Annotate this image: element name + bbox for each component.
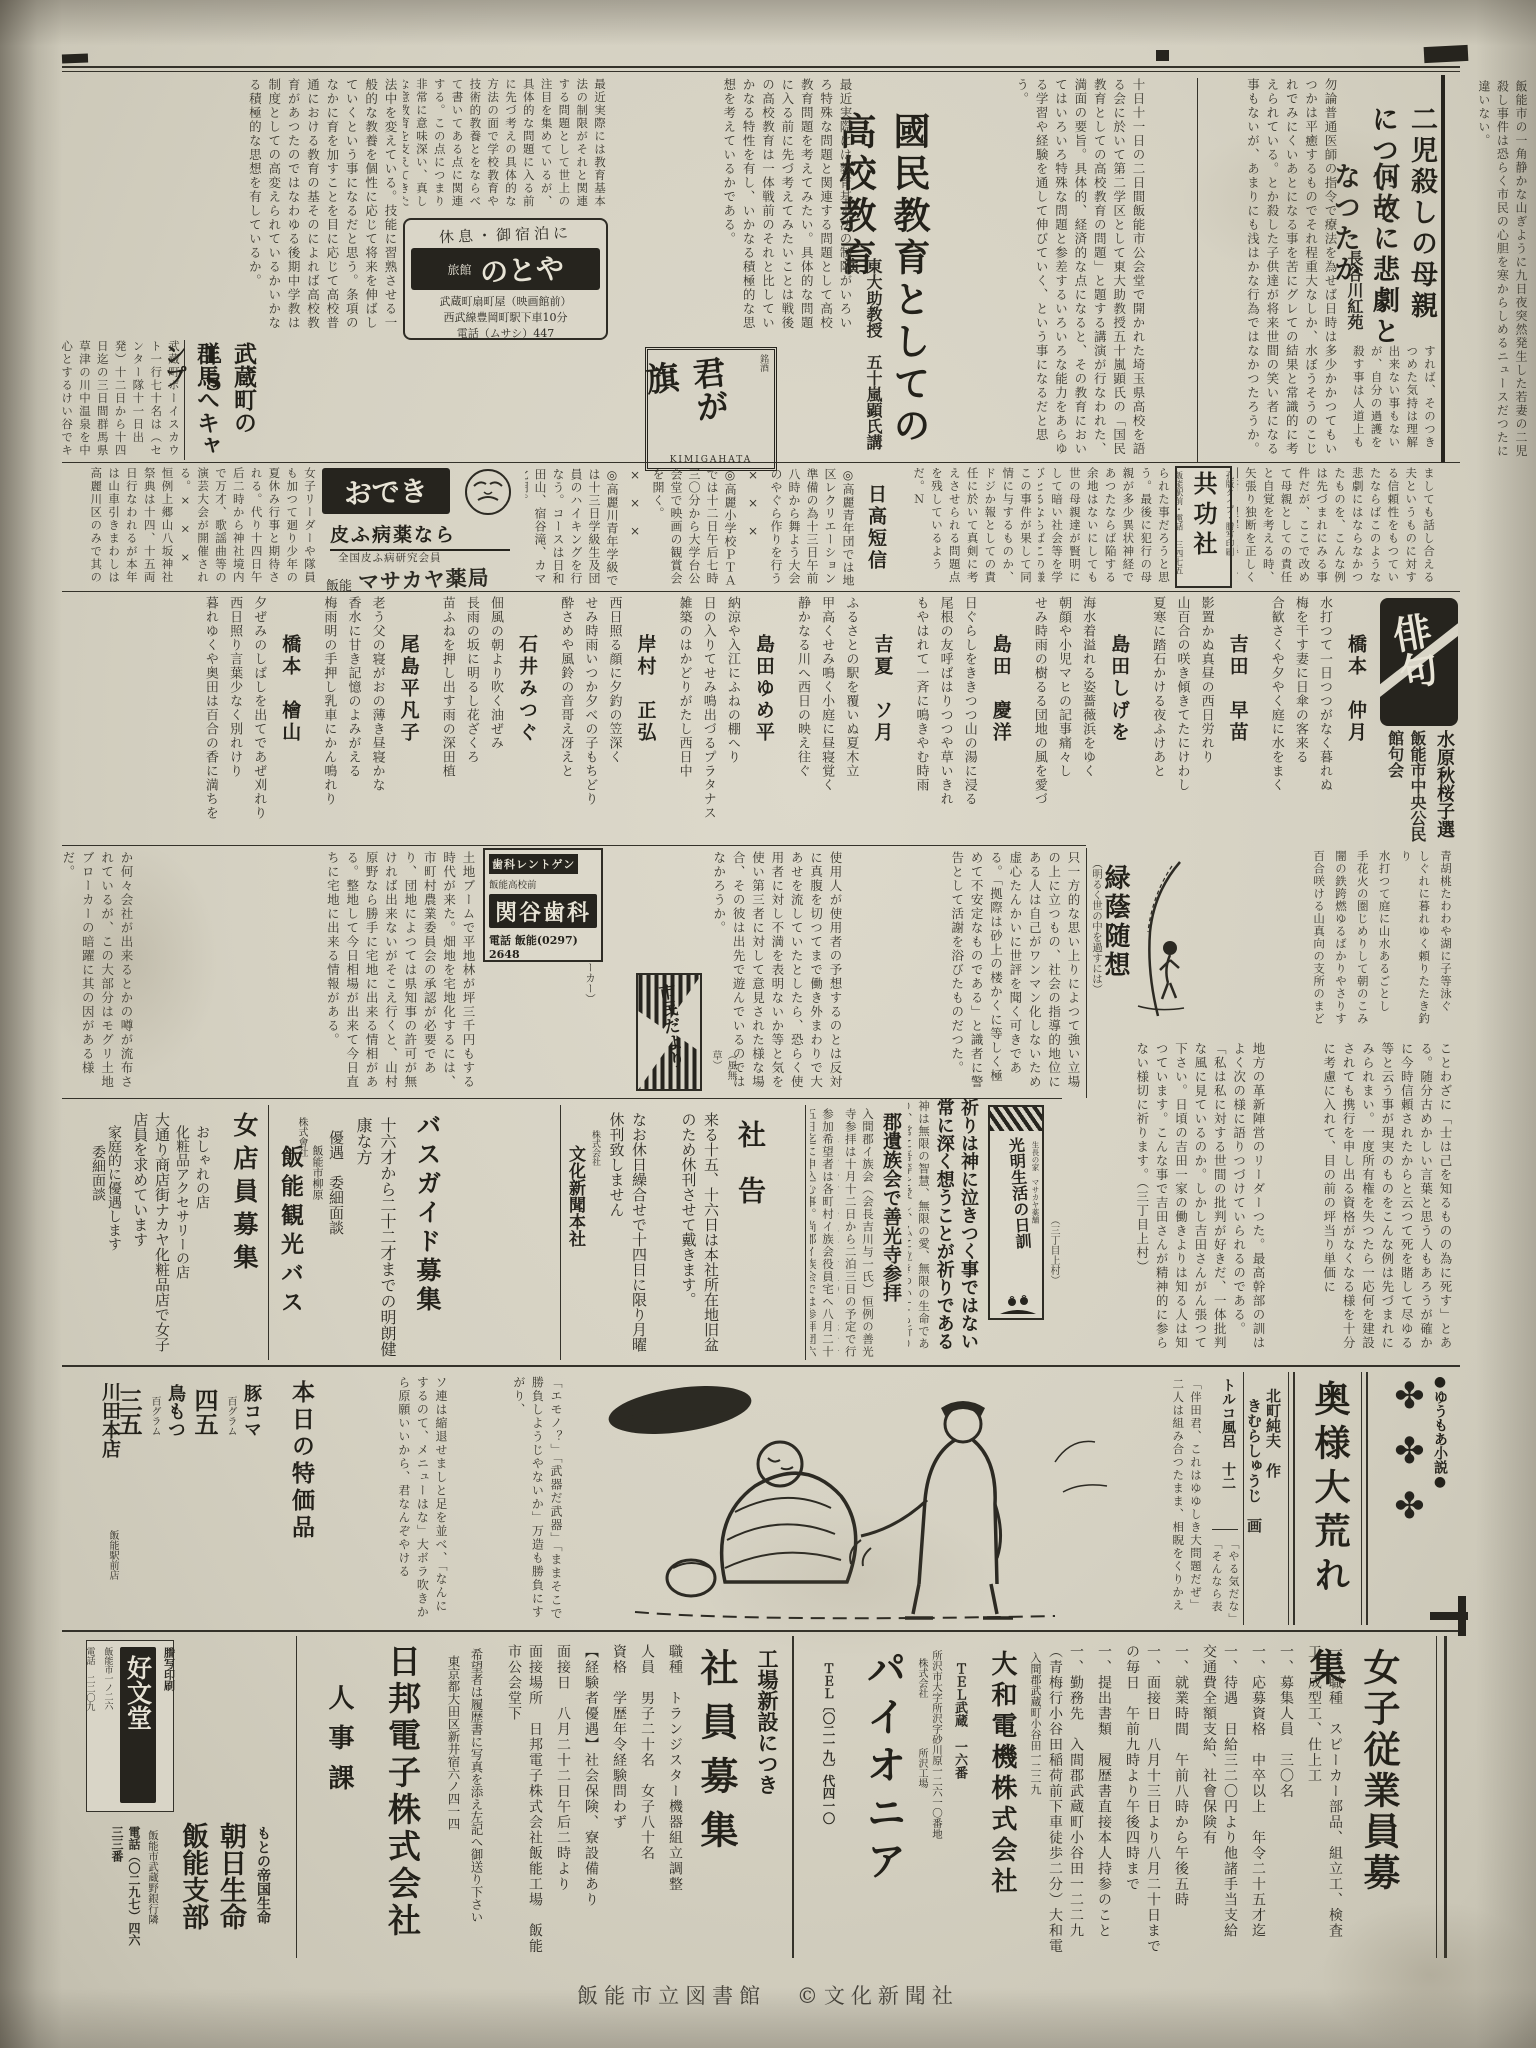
odeki-title: おでき — [343, 470, 428, 513]
footer-library-name: 飯能市立図書館 — [577, 1984, 766, 2008]
yamato-company1: 大和電機株式会社 — [975, 1650, 1021, 1945]
notoya-prefix: 旅館 — [447, 261, 471, 278]
shakoku-signer: 文化新聞本社 — [566, 1145, 588, 1320]
nakaya-line4: 家庭的に優遇します — [109, 1125, 124, 1325]
hidaka-news-item: ◎高麗小学校ＰＴＡでは十二日午后七時三〇分から大学台公会堂で映画の観賞会を開く。 — [649, 468, 739, 588]
tokka-shop: 川田本店 — [97, 1382, 124, 1527]
busguide-line3: 飯能市柳原 — [312, 1145, 325, 1255]
novel-title-rule-r2 — [1361, 1372, 1362, 1625]
novel-title: 奥様大荒れ — [1300, 1380, 1356, 1625]
nippo-title2: 社員募集 — [688, 1648, 744, 1943]
sekiya-phone: 電話 飯能(0297) 2648 — [489, 932, 597, 961]
band-d-rule-2 — [560, 1105, 561, 1360]
ryokuin-essay-columns-2: 地方の革新陣営のリーダーつた。最高幹部の訓はよく次の様に語りつづけていられるので… — [1090, 1042, 1268, 1357]
haiku-extra-poem: 闇の鉄跨燃ゆるばかりやさりす — [1331, 850, 1349, 1032]
izoku-headline: 郡遺族会で善光寺参拝 — [878, 1112, 905, 1317]
komyo-hatch-band — [990, 1107, 1042, 1131]
yamato-detail-item: 一、待遇 日給三二〇円より他諸手当支給 交通費全額支給、社會保険有 — [1198, 1644, 1240, 1954]
haiku-poem: せみ時雨いつか夕べの子もちどり — [579, 596, 599, 845]
notoya-access: 西武線豊岡町駅下車10分 — [405, 309, 606, 325]
nippo-dept: 人事課 — [314, 1684, 358, 1829]
top-mark-center — [1156, 50, 1169, 61]
busguide-title: バスガイド募集 — [403, 1112, 445, 1362]
kyokosha-line2: 飯能駅前・電話 三四七五 — [1172, 471, 1184, 583]
tokka-ad: 本日の特価品 豚コマ 百グラム 四五 鳥もつ 百グラム 三五 川田本店 飯能駅前… — [95, 1372, 330, 1625]
busguide-ad: バスガイド募集 十六才から二十二才までの明朗健康な方 優遇 委細面談 飯能市柳原… — [272, 1105, 555, 1360]
nippo-detail-item: 【経験者優遇】社会保険、寮設備あり — [580, 1644, 601, 1954]
haiku-poem: 尾根の友呼ばはりつつや草いきれ — [934, 596, 954, 845]
haiku-poem: 酔さめや風鈴の音哥え冴えと — [555, 596, 575, 845]
editorial-bottom-columns: すれば、そのつきつめた気持は理解出来ない事もないが、自分の過護を殺す事は人道上も… — [1348, 345, 1438, 460]
hidaka-news-item: × × × — [744, 468, 762, 588]
haiku-extra-poem: 青胡桃たわわや湖に子等泳ぐ — [1436, 850, 1454, 1032]
novel-columns-1: 「伴田君、これはゆゆしき大問題だぜ」二人は組み合つたまま、相睨をくりかえしていた… — [1168, 1378, 1204, 1624]
editorial-author: 長谷川紅苑 — [1344, 250, 1366, 350]
haiku-poem: 日の入りてせみ鳴出づるプラタナス — [698, 596, 718, 845]
haiku-poem: 山百合の咲き傾きてたにけわし — [1171, 596, 1191, 845]
education-headline: 國民教育としての高校教育 — [888, 112, 936, 462]
tokka-item1-qty: 百グラム — [225, 1396, 238, 1476]
haiku-poem: 合歓さくや夕やく庭に水をまく — [1266, 596, 1286, 845]
shimin-dayori-logo: 市民だより — [636, 973, 702, 1091]
haiku-logo-box: 俳句 — [1380, 598, 1458, 726]
nippo-addr: 東京都大田区新井宿六ノ四一四 — [446, 1655, 462, 1920]
haiku-logo-text: 俳句 — [1393, 609, 1450, 718]
busguide-company: 飯能観光バス — [273, 1145, 307, 1360]
sekiya-name-band: 関谷歯科 — [489, 894, 597, 928]
tokka-branch: 飯能駅前店 — [107, 1530, 120, 1622]
haiku-poem: 夕ぜみのしばしを出てであぜ刈れり — [248, 596, 268, 845]
footer-copyright: ©文化新聞社 — [797, 1984, 959, 2008]
haiku-poem: 日ぐらしをききつつ山の湯に浸る — [959, 596, 979, 845]
haiku-poem: 雑築のはかどりがたし西日中 — [673, 596, 693, 845]
footer-caption: 飯能市立図書館 ©文化新聞社 — [0, 1980, 1536, 2010]
yamato-detail-item: 一、就業時間 午前八時から午後五時 — [1170, 1644, 1191, 1954]
kimigahata-brand-name: 君が旗 — [685, 354, 739, 454]
busguide-line1: 十六才から二十二才までの明朗健康な方 — [351, 1117, 399, 1357]
tokka-item2-qty: 百グラム — [149, 1396, 162, 1476]
haiku-poet-name: 吉田 早苗 — [1225, 596, 1252, 845]
asahi-life-ad: もとの帝国生命 朝日生命飯能支部 飯能市武蔵野銀行隣 電話（〇二九七）四六三三番 — [86, 1818, 301, 1958]
izoku-columns-1: 入間郡イ族会（会長吉川与一氏）恒例の善光寺参拝は十月十二日から二泊三日の予定で行… — [838, 1108, 876, 1358]
ryokuin-figure-illustration — [1130, 856, 1192, 1022]
novel-title-rule-r1 — [1366, 1372, 1368, 1625]
band-b2-bottom-rule — [62, 845, 1086, 846]
asahi-line1: もとの帝国生命 — [254, 1826, 273, 1951]
education-article-left-columns: 最近実際には教育基本法の制限がいろいろ特殊な問題と関連する問題として高校教育問題… — [622, 78, 855, 340]
haiku-club: 飯能市中央公民館句会 — [1382, 730, 1428, 842]
editorial-headline-line1: 二児殺しの母親について — [1405, 105, 1441, 337]
editorial-closing-columns-3: ましても話し合える夫というものに対する信頼性をもつていたならばこのような悲劇には… — [1237, 467, 1437, 587]
editorial-headline-line2: 何故に悲劇となつたか — [1370, 162, 1403, 372]
yamato-details-list: 一、職種 スピーカー部品、組立工、検査工、成型工、仕上工一、募集人員 三〇名一、… — [1048, 1644, 1345, 1954]
novel-chapter: トルコ風呂 十二 — [1212, 1378, 1238, 1530]
haiku-poet-group: 橋本 仲月 水打つて一日つつがなく暮れぬ 梅を干す妻に日傘の客来る 合歓さくや夕… — [1266, 596, 1370, 845]
komyo-signature: （三丁目上村） — [1048, 1215, 1061, 1327]
haiku-poem: 暮れゆくや奥田は百合の香に満ちを — [200, 596, 220, 845]
haiku-poet-group: 吉夏 ソ月 ふるさとの駅を覆いぬ夏木立 甲高くせみ鳴く小庭に昼寝覚く 静かなる川… — [792, 596, 896, 845]
haiku-poets-columns: 橋本 仲月 水打つて一日つつがなく暮れぬ 梅を干す妻に日傘の客来る 合歓さくや夕… — [68, 596, 1375, 845]
nippo-detail-item: 資格 学歴年令経験問わず — [608, 1644, 629, 1954]
inori-bold-text: 祈りは神に泣きつく事ではない常に深く想うことが祈りである — [933, 1098, 980, 1358]
yamato-tel1: ＴＥＬ武蔵 一六番 — [950, 1662, 969, 1847]
top-rule-1 — [62, 66, 1460, 68]
kimigahata-ad: 銘酒 君が旗 KIMIGAHATA — [645, 347, 777, 471]
yamato-detail-item: 一、職種 スピーカー部品、組立工、検査工、成型工、仕上工 — [1303, 1644, 1345, 1954]
haiku-poem: 水打つて一日つつがなく暮れぬ — [1314, 596, 1334, 845]
novel-title-rule-l1 — [1293, 1372, 1295, 1625]
komyo-ad: 光明生活の日訓 生長の家 マサカヤ薬舗 — [988, 1105, 1044, 1320]
asahi-name: 朝日生命飯能支部 — [167, 1822, 249, 1954]
haiku-poem: 甲高くせみ鳴く小庭に昼寝覚く — [816, 596, 836, 845]
kobundo-ad: 謄写印刷 好文堂 飯能市一ノ二六 電話 二二〇九 — [86, 1640, 174, 1812]
haiku-poem: 影置かぬ真昼の西日労れり — [1195, 596, 1215, 845]
novel-cartoon-illustration — [575, 1372, 1125, 1624]
haiku-poet-group: 尾島平凡子 老う父の寝がおの薄き昼寝かな 香水に甘き記憶のよみがえる 梅雨明の手… — [318, 596, 422, 845]
haiku-poet-name: 石井みつぐ — [514, 596, 541, 845]
novel-author: 北町純夫 作 — [1266, 1388, 1284, 1573]
kyokosha-ad: 孔版タイプ・謄写印刷 共功社 飯能駅前・電話 三四七五 — [1175, 466, 1232, 588]
haiku-poet-name: 島田ゆめ平 — [751, 596, 778, 845]
tokka-item2-name: 鳥もつ — [164, 1384, 188, 1494]
nippo-details-list: 職種 トランジスター機器組立調整人員 男子二十名 女子八十名資格 学歴年令経験問… — [490, 1644, 685, 1954]
haiku-poem: 佃風の朝より吹く油ぜみ — [485, 596, 505, 845]
haiku-poem: 海水着溢れる姿薔薇浜をゆく — [1077, 596, 1097, 845]
shakoku-line2: なお休日繰合せで十四日に限り月曜休刊致しません — [606, 1112, 650, 1360]
pioneer-company2: パイオニア — [850, 1648, 912, 1948]
ryokuin-left-rule — [1086, 848, 1087, 1098]
nakaya-line5: 委細面談 — [94, 1145, 108, 1275]
notoya-tagline: 休息・御宿泊に — [405, 217, 607, 249]
band-e-bottom-rule — [62, 1630, 1460, 1632]
novel-columns-2: 「やる気だな」「そんなら表へ出やがれ」「ああそう」「どこは表もウラもないんだ」 — [1208, 1538, 1242, 1624]
novel-title-rule-l2 — [1288, 1372, 1289, 1625]
editorial-left-columns: 勿論普通医師の指令で療法を為せば日時は多少かかつてもいつかは平癒するものでそれ程… — [1200, 78, 1340, 460]
yamato-right-rule-2 — [1436, 1636, 1437, 1958]
haiku-poet-group: 橋本 檜山 夕ぜみのしばしを出てであぜ刈れり 西日照り言葉少なく別れけり 暮れゆ… — [200, 596, 304, 845]
haiku-poet-group: 吉田 早苗 影置かぬ真昼の西日労れり 山百合の咲き傾きてたにけわし 夏寒に踏石か… — [1147, 596, 1251, 845]
camp-article-columns: 武蔵町ボーイスカウト一行七十名は（センター隊十一日出発）十二日から十四日迄の三日… — [62, 340, 182, 460]
odeki-title-box: おでき — [322, 468, 450, 514]
kobundo-line1: 謄写印刷 — [161, 1647, 177, 1802]
haiku-poet-name: 尾島平凡子 — [396, 596, 423, 845]
grumpy-face-icon — [460, 466, 516, 518]
haiku-poem: 梅を干す妻に日傘の客来る — [1290, 596, 1310, 845]
shakoku-announcement: 社 告 来る十五、十六日は本社所在地旧盆のため休刊させて戴きます。 なお休日繰合… — [565, 1105, 800, 1360]
haiku-poet-name: 岸村 正弘 — [632, 596, 659, 845]
pioneer-tel2: ＴＥＬ〔〇二一九〕代四一〇 — [820, 1662, 837, 1887]
hidaka-news-item: × × × — [626, 468, 644, 588]
haiku-poem: 納涼や入江にふねの棚へり — [722, 596, 742, 845]
nakaya-recruit-ad: 女店員募集 おしゃれの店 化粧品アクセサリーの店 大通り商店街ナカヤ化粧品店で女… — [95, 1105, 262, 1360]
shakoku-signer-prefix: 株式会社 — [590, 1130, 602, 1185]
nakaya-title: 女店員募集 — [218, 1112, 262, 1360]
haiku-poem: ふるさとの駅を覆いぬ夏木立 — [840, 596, 860, 845]
kobundo-line3: 電話 二二〇九 — [84, 1647, 97, 1802]
pioneer-addr2: 所沢市大字所沢字砂川原一二六一〇番地 — [932, 1650, 945, 1950]
yamato-detail-item: 一、面接日 八月十三日より八月二十日までの毎日 午前九時より午後四時まで — [1121, 1644, 1163, 1954]
pioneer-company2b: 所沢工場 — [916, 1748, 929, 1833]
nippo-detail-item: 面接場所 日邦電子株式会社飯能工場 飯能市公会堂下 — [503, 1644, 545, 1954]
yamato-title: 女子従業員募集 — [1352, 1648, 1406, 1904]
yamato-detail-item: 一、勤務先 入間郡武蔵町小谷田一二二九（青梅行小谷田稲荷前下車徒歩二分）大和電機… — [1048, 1644, 1086, 1954]
hidaka-headline: 日高短信 — [862, 484, 890, 576]
tokka-item1-price: 四五 — [192, 1388, 222, 1458]
novel-artist: きむらしゅうじ 画 — [1248, 1398, 1265, 1598]
haiku-poem: 梅雨明の手押し乳車にかん鳴れり — [318, 596, 338, 845]
komyo-sub: 生長の家 マサカヤ薬舗 — [1032, 1141, 1041, 1291]
haiku-poem: 夏寒に踏石かける夜ふけあと — [1147, 596, 1167, 845]
haiku-poet-group: 島田ゆめ平 納涼や入江にふねの棚へり 日の入りてせみ鳴出づるプラタナス 雑築のは… — [673, 596, 777, 845]
novel-columns-4: ソ連は縮退せましと足を並べ、「なんにするのて、メニューはな」大ボラ吹きから原願い… — [340, 1376, 450, 1622]
haiku-poem: 老う父の寝がおの薄き昼寝かな — [366, 596, 386, 845]
nakaya-line1: おしゃれの店 — [195, 1125, 212, 1275]
band-c-bottom-rule — [62, 1098, 1062, 1099]
sekiya-line2: 飯能高校前 — [489, 877, 597, 891]
yamato-addr1: 入間郡武蔵町小谷田一二二九 — [1028, 1652, 1043, 1887]
sekiya-dental-ad: 歯科レントゲン 飯能高校前 関谷歯科 電話 飯能(0297) 2648 — [483, 848, 603, 962]
haiku-poet-group: 石井みつぐ 佃風の朝より吹く油ぜみ 長雨の坂に明るし花ざくろ 苗ふねを押し出す雨… — [437, 596, 541, 845]
editorial-closing-columns: この事件が果して同情に与するものか、ドジか報としての責任に於いて真剣に考えさせら… — [892, 467, 1034, 587]
kimigahata-small-label: 銘酒 — [758, 354, 770, 394]
editorial-box-left-rule — [1197, 78, 1198, 462]
top-rule-2 — [62, 71, 1460, 72]
band-f-rule-1 — [792, 1636, 794, 1958]
novel-ornament: ✤✤✤ — [1392, 1376, 1430, 1586]
nippo-company: 日邦電子株式会社 — [368, 1644, 426, 1956]
komyo-birds-icon — [998, 1294, 1038, 1316]
haiku-poet-name: 橋本 檜山 — [277, 596, 304, 845]
editorial-box-bar — [1441, 75, 1445, 463]
haiku-poem: 長雨の坂に明るし花ざくろ — [461, 596, 481, 845]
yamato-detail-item: 一、応募資格 中卒以上 年令二十五才迄 — [1247, 1644, 1268, 1954]
nakaya-line2: 化粧品アクセサリーの店 — [175, 1125, 192, 1315]
top-mark-left — [62, 54, 88, 64]
notoya-ad: 休息・御宿泊に 旅館 のとや 武蔵町扇町屋（映画館前） 西武線豊岡町駅下車10分… — [403, 218, 608, 340]
nakaya-line3: 大通り商店街ナカヤ化粧品店で女子店員を求めています — [128, 1112, 172, 1362]
haiku-poet-group: 島田しげを 海水着溢れる姿薔薇浜をゆく 朝顔や小児マヒの記事痛々し せみ時雨の樹… — [1029, 596, 1133, 845]
education-article-right-columns: 十日十一日の二日間飯能市公会堂で開かれた埼玉県高校を語る会に於いて第二学区として… — [940, 78, 1148, 460]
shakoku-title: 社 告 — [730, 1120, 770, 1235]
novel-series-label: ●ゆうもあ小説● — [1432, 1374, 1450, 1574]
notoya-phone: 電話（ムサシ）447 — [405, 325, 606, 341]
yamato-detail-item: 一、提出書類 履歴書直接本人持参のこと — [1093, 1644, 1114, 1954]
haiku-poem: せみ時雨の樹るる団地の風を愛づ — [1029, 596, 1049, 845]
novel-credits-rule — [1243, 1372, 1244, 1625]
haiku-poet-group: 島田 慶洋 日ぐらしをききつつ山の湯に浸る 尾根の友呼ばはりつつや草いきれ もや… — [910, 596, 1014, 845]
haiku-poet-name: 島田しげを — [1106, 596, 1133, 845]
hidaka-news-item: ◎高麗青年団では地区レクリエーション準備の為十三日午前八時から舞よう大会のやぐら… — [767, 468, 857, 588]
kimigahata-romaji: KIMIGAHATA — [648, 455, 774, 465]
sekiya-name: 関谷歯科 — [495, 896, 591, 927]
shimin-signature: （風無草） — [724, 1050, 738, 1092]
shimin-essay-columns-1: 只一方的な思い上りによつて強い立場の上に立つもの、社会の指導的地位にある人は自己… — [850, 851, 1083, 1093]
masakaya-ad: おでき 皮ふ病薬なら 全国皮ふ病研究会員 飯能 マサカヤ薬局 — [322, 466, 520, 590]
editorial-closing-columns-2: られた事だろうと思う。最後に犯行の母親が多少異状神経であつたならば陥する余地はな… — [1038, 467, 1172, 587]
haiku-extra-poem: しぐれに暮れゆく頼りたたき釣り — [1397, 850, 1433, 1032]
haiku-extra-poem: 手花火の圏じめりして朝のこみ — [1353, 850, 1371, 1032]
kobundo-name-box: 好文堂 — [120, 1647, 156, 1803]
band-d-bottom-rule — [62, 1365, 1460, 1367]
ryokuin-essay-columns-1: ことわざに「士は己を知るものの為に死す」とある。随分古めかしい言葉と思う人もあろ… — [1272, 1042, 1455, 1357]
top-left-article-columns-2: 最近実際には教育基本法の制限がそれと関連する問題として世上の注目を集めているが、… — [403, 78, 608, 214]
camp-article-columns-2: 女子リーダーや隊員も加つて廻り少年の夏休み行事と期待される。代り十四日午后二時か… — [62, 467, 318, 587]
hidaka-news-item: ◎高麗川青年学級では十三日学級生及団員のハイキングを行なう。コースは日和田山、宿… — [525, 468, 621, 588]
nippo-detail-item: 人員 男子二十名 女子八十名 — [636, 1644, 657, 1954]
shakoku-line1: 来る十五、十六日は本社所在地旧盆のため休刊させて戴きます。 — [654, 1112, 722, 1360]
haiku-poem: 苗ふねを押し出す雨の深田植 — [437, 596, 457, 845]
band-b1-bottom-rule — [62, 591, 1460, 592]
nippo-detail-item: 職種 トランジスター機器組立調整 — [664, 1644, 685, 1954]
haiku-poet-group: 岸村 正弘 西日照る顔に夕釣の笠深く せみ時雨いつか夕べの子もちどり 酔さめや風… — [555, 596, 659, 845]
odeki-line2: 全国皮ふ病研究会員 — [338, 550, 442, 565]
shimin-essay-columns-4: か何々会社が出来るとかの噂が流布されているが、この大部分はモグリ土地ブローカーの… — [64, 851, 136, 1093]
band-d-rule-1 — [268, 1105, 269, 1360]
haiku-selector: 水原秋桜子選 — [1433, 730, 1457, 844]
haiku-poem: 静かなる川へ西日の映え往ぐ — [792, 596, 812, 845]
haiku-extra-poem: 水打つて庭に山水あるごとし — [1375, 850, 1393, 1032]
kyokosha-name: 共功社 — [1186, 471, 1221, 583]
tokka-item1-name: 豚コマ — [240, 1384, 264, 1494]
top-left-article-columns: 法中を変えている。技能に習熟させる一般的な教養を個性に応じて将来を伸ばしていくと… — [62, 78, 400, 332]
haiku-poem: もやはれて一斉に鳴きやむ時雨 — [910, 596, 930, 845]
haiku-poem: 香水に甘き記憶のよみがえる — [342, 596, 362, 845]
notoya-address: 武蔵町扇町屋（映画館前） — [405, 293, 606, 309]
kobundo-name: 好文堂 — [120, 1655, 156, 1795]
newspaper-scan-page: { "page": { "footer_left": "飯能市立図書館", "f… — [0, 0, 1536, 2048]
notoya-name-band: 旅館 のとや — [411, 248, 600, 290]
haiku-extra-poem: 百合咲ける山真向の支所のまど — [1309, 850, 1327, 1032]
haiku-poem: 西日照る顔に夕釣の笠深く — [603, 596, 623, 845]
corner-mark-bottom-right-2 — [1458, 1596, 1466, 1636]
nippo-title1: 工場新設につき — [748, 1648, 782, 1858]
busguide-line2: 優遇 委細面談 — [329, 1130, 347, 1300]
nippo-detail-item: 面接日 八月二十二日午后二時より — [552, 1644, 573, 1954]
band-d-rule-3 — [805, 1105, 806, 1360]
yamato-right-rule-1 — [1444, 1636, 1447, 1958]
haiku-poet-name: 島田 慶洋 — [988, 596, 1015, 845]
haiku-extra-columns: 青胡桃たわわや湖に子等泳ぐしぐれに暮れゆく頼りたたき釣り水打つて庭に山水あるごと… — [1198, 850, 1454, 1032]
asahi-line3: 電話（〇二九七）四六三三番 — [127, 1826, 143, 1954]
kyokosha-line1: 孔版タイプ・謄写印刷 — [1223, 471, 1235, 583]
notoya-name: のとや — [479, 247, 565, 291]
haiku-poet-name: 吉夏 ソ月 — [869, 596, 896, 845]
nippo-note: 希望者は履歴書に写真を添え左記へ御送り下さい — [468, 1648, 485, 1948]
asahi-line2: 飯能市武蔵野銀行隣 — [148, 1830, 161, 1950]
izoku-columns-2: 参加希望者は各町村イ族会役員宅へ八月二十五日迄に申込む事。尚郡イ族会では参拝団六… — [810, 1108, 836, 1358]
odeki-line1: 皮ふ病薬なら — [330, 520, 510, 551]
camp-headline-line2: 群馬へキャンプ — [190, 342, 223, 460]
hidaka-news-list: ◎高麗青年団では地区レクリエーション準備の為十三日午前八時から舞よう大会のやぐら… — [525, 468, 857, 588]
novel-columns-3: 「エモノ？」「武器だ武器」「ままそこで勝負しようじやないか」万造も勝負にすがり、 — [455, 1376, 565, 1622]
haiku-poet-name: 橋本 仲月 — [1343, 596, 1370, 845]
shimin-essay-columns-3: 土地ブームで平地林が坪三千円もする時代が来た。畑地を宅地化するには、市町村農業委… — [140, 851, 478, 1093]
education-byline: 東大助教授 五十嵐顕氏講演 — [860, 258, 885, 458]
top-mark-right — [1424, 45, 1469, 63]
haiku-poem: 西日照り言葉少なく別れけり — [224, 596, 244, 845]
sekiya-line1: 歯科レントゲン — [489, 854, 578, 874]
pioneer-company2a: 株式会社 — [916, 1658, 929, 1743]
editorial-opening-column: 飯能市の一角静かな山ぎように九日夜突然発生した若妻の二児殺し事件は恐らく市民の心… — [1452, 80, 1530, 458]
haiku-poem: 朝顔や小児マヒの記事痛々し — [1053, 596, 1073, 845]
band-a-bottom-rule — [62, 462, 1460, 463]
camp-headline-line1: 武蔵町のLS — [226, 342, 260, 460]
tokka-title: 本日の特価品 — [280, 1380, 318, 1620]
kobundo-line2: 飯能市一ノ二六 — [102, 1647, 115, 1802]
inori-body-text: 神は無限の智慧、無限の愛、無限の生命であり、常に吾等を愛し、仏に泣きついても祈り… — [908, 1100, 932, 1358]
yamato-detail-item: 一、募集人員 三〇名 — [1275, 1644, 1296, 1954]
